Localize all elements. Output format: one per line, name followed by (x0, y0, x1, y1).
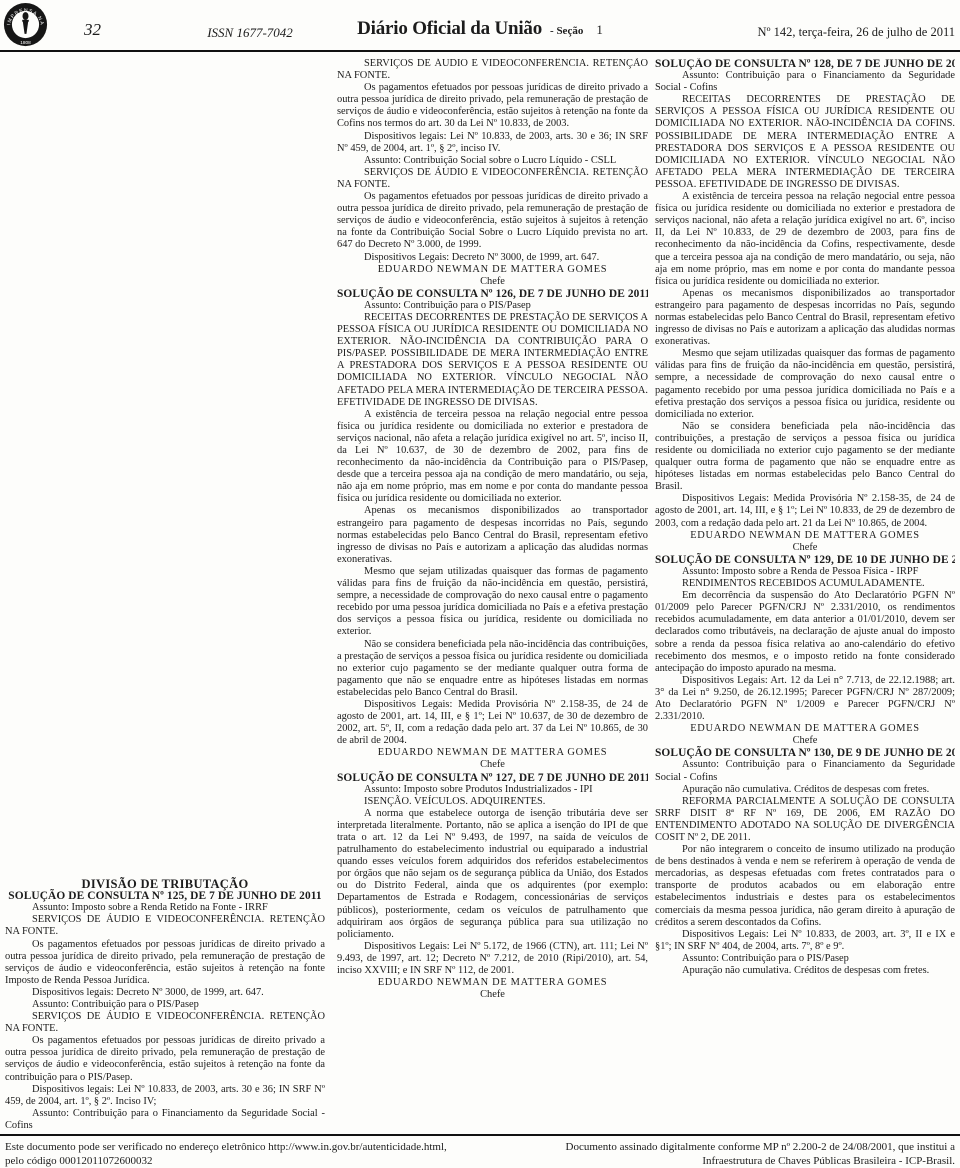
paragraph: Assunto: Contribuição para o PIS/Pasep (337, 300, 648, 312)
paragraph: Dispositivos Legais: Medida Provisória N… (655, 493, 955, 529)
consulta-title: SOLUÇÃO DE CONSULTA Nº 129, DE 10 DE JUN… (655, 554, 955, 566)
paragraph: Não se considera beneficiada pela não-in… (655, 421, 955, 494)
paragraph: Dispositivos legais: Lei Nº 10.833, de 2… (337, 131, 648, 155)
paragraph: Em decorrência da suspensão do Ato Decla… (655, 590, 955, 675)
signature-role: Chefe (655, 542, 955, 554)
header-rule (0, 50, 960, 52)
paragraph: Os pagamentos efetuados por pessoas jurí… (5, 1035, 325, 1083)
page-body: DIVISÃO DE TRIBUTAÇÃOSOLUÇÃO DE CONSULTA… (0, 58, 960, 1132)
paragraph: RECEITAS DECORRENTES DE PRESTAÇÃO DE SER… (655, 94, 955, 191)
paragraph: Dispositivos Legais: Lei Nº 10.833, de 2… (655, 929, 955, 953)
paragraph: Assunto: Contribuição para o PIS/Pasep (655, 953, 955, 965)
consulta-title: SOLUÇÃO DE CONSULTA Nº 125, DE 7 DE JUNH… (5, 890, 325, 902)
consulta-title: SOLUÇÃO DE CONSULTA Nº 126, DE 7 DE JUNH… (337, 288, 648, 300)
signature-role: Chefe (337, 276, 648, 288)
paragraph: A norma que estabelece outorga de isençã… (337, 808, 648, 941)
paragraph: SERVIÇOS DE ÁUDIO E VIDEOCONFERÊNCIA. RE… (337, 167, 648, 191)
paragraph: Dispositivos legais: Decreto Nº 3000, de… (5, 987, 325, 999)
paragraph: Os pagamentos efetuados por pessoas jurí… (337, 82, 648, 130)
paragraph: SERVIÇOS DE ÁUDIO E VIDEOCONFERÊNCIA. RE… (5, 1011, 325, 1035)
paragraph: ISENÇÃO. VEÍCULOS. ADQUIRENTES. (337, 796, 648, 808)
consulta-title: SOLUÇÃO DE CONSULTA Nº 130, DE 9 DE JUNH… (655, 747, 955, 759)
svg-text:1808: 1808 (20, 40, 31, 45)
paragraph: Apuração não cumulativa. Créditos de des… (655, 784, 955, 796)
page-header: IMPRENSA NACIONAL 1808 32 ISSN 1677-7042… (0, 0, 960, 50)
paragraph: A existência de terceira pessoa na relaç… (655, 191, 955, 288)
paragraph: Assunto: Contribuição para o Financiamen… (655, 70, 955, 94)
paragraph: Apenas os mecanismos disponibilizados ao… (337, 505, 648, 565)
signature-name: EDUARDO NEWMAN DE MATTERA GOMES (337, 747, 648, 759)
paragraph: A existência de terceira pessoa na relaç… (337, 409, 648, 506)
footer-rule (0, 1134, 960, 1136)
masthead-title: Diário Oficial da União (357, 18, 542, 39)
consulta-title: SOLUÇÃO DE CONSULTA Nº 128, DE 7 DE JUNH… (655, 58, 955, 70)
page-footer: Este documento pode ser verificado no en… (5, 1140, 955, 1168)
paragraph: SERVIÇOS DE ÁUDIO E VIDEOCONFERÊNCIA. RE… (5, 914, 325, 938)
verification-url-line: Este documento pode ser verificado no en… (5, 1140, 447, 1154)
paragraph: Os pagamentos efetuados por pessoas jurí… (337, 191, 648, 251)
signature-note: Documento assinado digitalmente conforme… (566, 1140, 955, 1168)
verification-code-line: pelo código 00012011072600032 (5, 1154, 447, 1168)
paragraph: SERVIÇOS DE ÁUDIO E VIDEOCONFERÊNCIA. RE… (337, 58, 648, 82)
verification-note: Este documento pode ser verificado no en… (5, 1140, 447, 1168)
paragraph: RECEITAS DECORRENTES DE PRESTAÇÃO DE SER… (337, 312, 648, 409)
paragraph: Por não integrarem o conceito de insumo … (655, 844, 955, 929)
section-label: - Seção (550, 25, 583, 37)
page-number: 32 (84, 20, 101, 40)
column-left: DIVISÃO DE TRIBUTAÇÃOSOLUÇÃO DE CONSULTA… (5, 58, 325, 1132)
paragraph: Assunto: Imposto sobre a Renda de Pessoa… (655, 566, 955, 578)
paragraph: Mesmo que sejam utilizadas quaisquer das… (655, 348, 955, 421)
consulta-title: SOLUÇÃO DE CONSULTA Nº 127, DE 7 DE JUNH… (337, 772, 648, 784)
signature-name: EDUARDO NEWMAN DE MATTERA GOMES (337, 264, 648, 276)
signature-role: Chefe (337, 759, 648, 771)
signature-role: Chefe (337, 989, 648, 1001)
paragraph: Assunto: Contribuição para o Financiamen… (655, 759, 955, 783)
signature-note-line2: Infraestrutura de Chaves Públicas Brasil… (566, 1154, 955, 1168)
paragraph: Assunto: Imposto sobre Produtos Industri… (337, 784, 648, 796)
gazette-page: IMPRENSA NACIONAL 1808 32 ISSN 1677-7042… (0, 0, 960, 1168)
signature-note-line1: Documento assinado digitalmente conforme… (566, 1140, 955, 1154)
section-number: 1 (596, 22, 603, 37)
signature-name: EDUARDO NEWMAN DE MATTERA GOMES (655, 723, 955, 735)
paragraph: Dispositivos Legais: Decreto Nº 3000, de… (337, 252, 648, 264)
edition-date: Nº 142, terça-feira, 26 de julho de 2011 (758, 25, 955, 40)
paragraph: Dispositivos Legais: Art. 12 da Lei n° 7… (655, 675, 955, 723)
paragraph: Apenas os mecanismos disponibilizados ao… (655, 288, 955, 348)
paragraph: Os pagamentos efetuados por pessoas jurí… (5, 939, 325, 987)
paragraph: Assunto: Imposto sobre a Renda Retido na… (5, 902, 325, 914)
imprensa-nacional-logo: IMPRENSA NACIONAL 1808 (3, 2, 48, 47)
paragraph: REFORMA PARCIALMENTE A SOLUÇÃO DE CONSUL… (655, 796, 955, 844)
paragraph: Dispositivos Legais: Medida Provisória N… (337, 699, 648, 747)
paragraph: Assunto: Contribuição Social sobre o Luc… (337, 155, 648, 167)
column-right: SOLUÇÃO DE CONSULTA Nº 128, DE 7 DE JUNH… (655, 58, 955, 1132)
paragraph: Mesmo que sejam utilizadas quaisquer das… (337, 566, 648, 639)
paragraph: Assunto: Contribuição para o Financiamen… (5, 1108, 325, 1132)
paragraph: Apuração não cumulativa. Créditos de des… (655, 965, 955, 977)
signature-role: Chefe (655, 735, 955, 747)
column-middle: SERVIÇOS DE ÁUDIO E VIDEOCONFERÊNCIA. RE… (337, 58, 648, 1132)
division-heading: DIVISÃO DE TRIBUTAÇÃO (5, 878, 325, 890)
paragraph: Dispositivos legais: Lei Nº 10.833, de 2… (5, 1084, 325, 1108)
signature-name: EDUARDO NEWMAN DE MATTERA GOMES (655, 530, 955, 542)
masthead: Diário Oficial da União - Seção 1 (310, 18, 650, 40)
paragraph: Não se considera beneficiada pela não-in… (337, 639, 648, 699)
paragraph: RENDIMENTOS RECEBIDOS ACUMULADAMENTE. (655, 578, 955, 590)
signature-name: EDUARDO NEWMAN DE MATTERA GOMES (337, 977, 648, 989)
paragraph: Assunto: Contribuição para o PIS/Pasep (5, 999, 325, 1011)
paragraph: Dispositivos Legais: Lei Nº 5.172, de 19… (337, 941, 648, 977)
